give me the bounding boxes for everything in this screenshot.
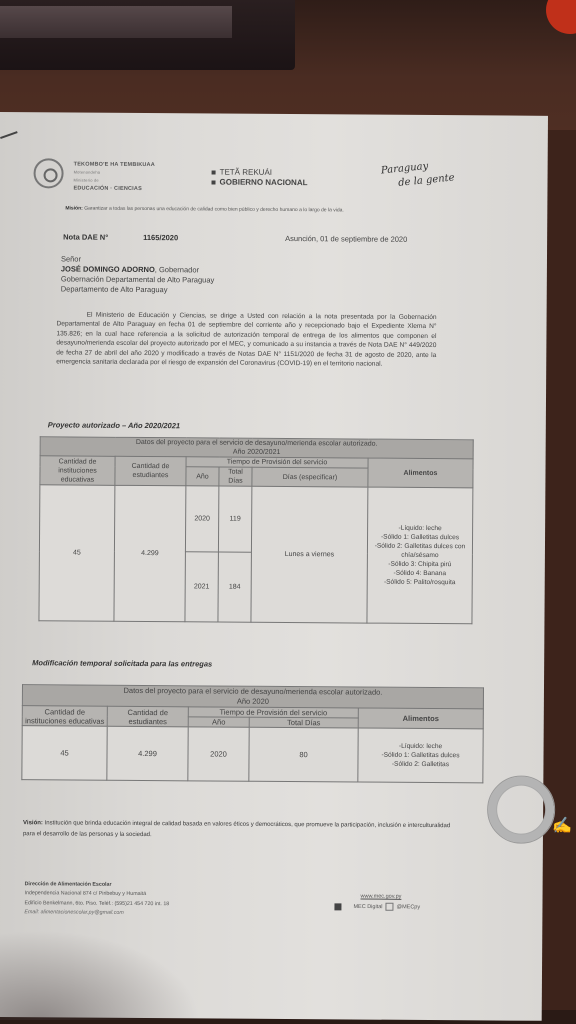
food-list: -Líquido: leche-Sólido 1: Galletitas dul… <box>358 728 483 783</box>
food-item: -Sólido 5: Palito/rosquita <box>370 578 470 588</box>
table-row: 45 4.299 2020 119 Lunes a viernes -Líqui… <box>39 485 472 554</box>
bullet-icon <box>211 180 215 184</box>
government-name: TETÃ REKUÁI GOBIERNO NACIONAL <box>211 167 307 188</box>
ministry-name: TEKOMBO'E HA TEMBIKUAA Motenondeha Minis… <box>73 161 155 194</box>
footer-contact: Dirección de Alimentación Escolar Indepe… <box>24 880 169 918</box>
food-list: -Líquido: leche-Sólido 1: Galletitas dul… <box>367 487 473 624</box>
website-link[interactable]: www.mec.gov.py <box>360 893 401 902</box>
binder-object <box>0 0 295 70</box>
mission-statement: Misión: Garantizar a todas las personas … <box>65 204 445 215</box>
authorized-project-table: Datos del proyecto para el servicio de d… <box>38 436 473 624</box>
note-number: 1165/2020 <box>143 233 178 242</box>
vision-statement: Visión: Institución que brinda educación… <box>23 818 453 842</box>
document-page: TEKOMBO'E HA TEMBIKUAA Motenondeha Minis… <box>0 112 548 1021</box>
section-title-modification: Modificación temporal solicitada para la… <box>32 658 212 668</box>
slogan-logo: Paraguay de la gente <box>380 157 455 192</box>
table-row: 45 4.299 2020 80 -Líquido: leche-Sólido … <box>22 726 483 783</box>
note-date: Asunción, 01 de septiembre de 2020 <box>285 234 407 244</box>
addressee-block: Señor JOSÉ DOMINGO ADORNO, Gobernador Go… <box>61 254 215 295</box>
food-item: -Sólido 2: Galletitas <box>360 760 480 770</box>
section-title-authorized: Proyecto autorizado – Año 2020/2021 <box>48 420 180 430</box>
pen-mark <box>0 131 18 139</box>
twitter-icon <box>385 903 393 911</box>
letterhead: TEKOMBO'E HA TEMBIKUAA Motenondeha Minis… <box>29 158 529 201</box>
bullet-icon <box>212 170 216 174</box>
ministry-seal-icon <box>33 158 63 188</box>
facebook-icon <box>334 903 341 910</box>
note-reference: Nota DAE N° 1165/2020 Asunción, 01 de se… <box>63 232 463 244</box>
food-item: -Sólido 2: Galletitas dulces con chía/sé… <box>370 542 470 561</box>
modification-table: Datos del proyecto para el servicio de d… <box>21 684 484 783</box>
letter-body: El Ministerio de Educación y Ciencias, s… <box>56 310 436 369</box>
signature-mark: ✍ <box>552 816 572 835</box>
shadow <box>0 930 200 1020</box>
official-stamp <box>487 775 555 843</box>
